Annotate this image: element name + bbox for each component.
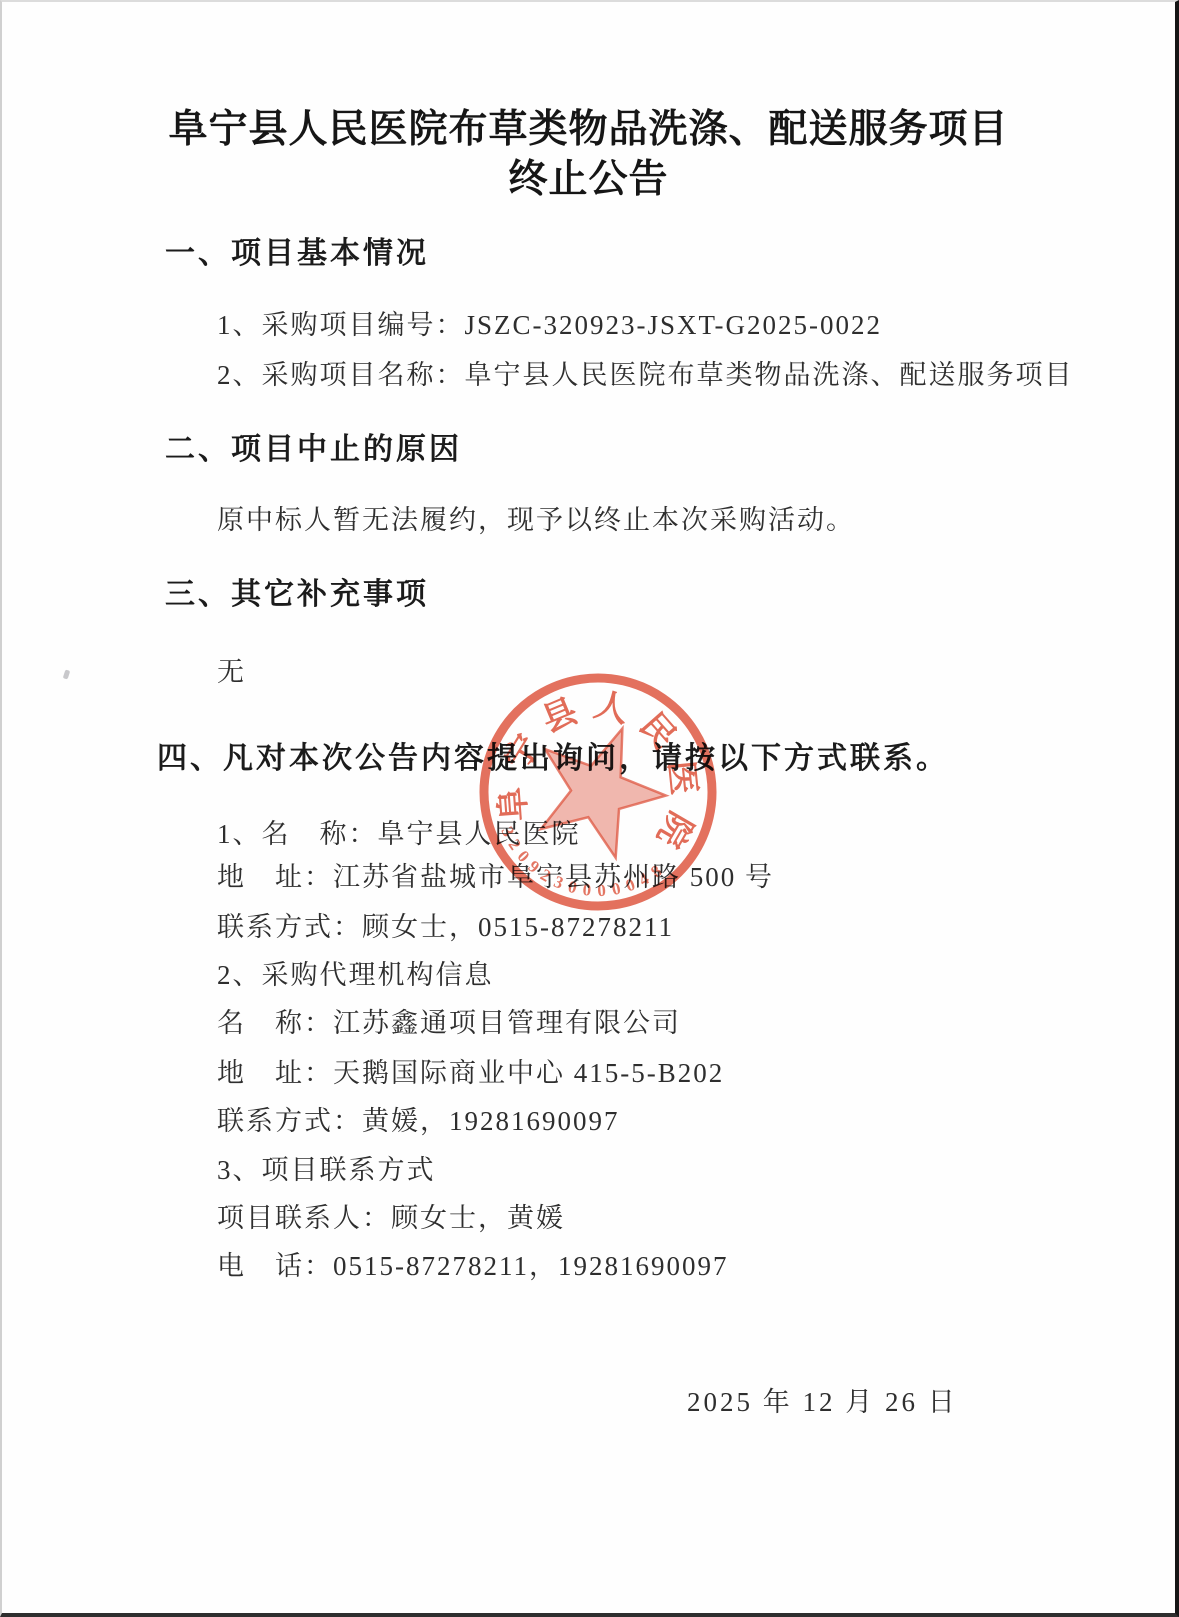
section1-heading: 一、项目基本情况 bbox=[165, 228, 429, 272]
section1-item-project-name: 2、采购项目名称：阜宁县人民医院布草类物品洗涤、配送服务项目 bbox=[217, 353, 1074, 392]
scanned-announcement-page: 阜宁县人民医院布草类物品洗涤、配送服务项目 终止公告 一、项目基本情况 1、采购… bbox=[0, 0, 1179, 1617]
document-date: 2025 年 12 月 26 日 bbox=[687, 1380, 958, 1419]
document-title: 阜宁县人民医院布草类物品洗涤、配送服务项目 终止公告 bbox=[2, 105, 1175, 205]
section3-body: 无 bbox=[217, 650, 246, 689]
section4-heading: 四、凡对本次公告内容提出询问，请按以下方式联系。 bbox=[157, 733, 949, 777]
document-title-line2: 终止公告 bbox=[2, 155, 1175, 205]
document-title-line1: 阜宁县人民医院布草类物品洗涤、配送服务项目 bbox=[2, 105, 1175, 155]
contact-project-header: 3、项目联系方式 bbox=[217, 1148, 436, 1187]
contact-agency-name: 名 称：江苏鑫通项目管理有限公司 bbox=[217, 1001, 681, 1040]
scan-artifact-mark bbox=[63, 669, 71, 679]
section3-heading: 三、其它补充事项 bbox=[165, 569, 429, 613]
section2-heading: 二、项目中止的原因 bbox=[165, 424, 462, 468]
contact-agency-header: 2、采购代理机构信息 bbox=[217, 953, 494, 992]
contact-project-persons: 项目联系人：顾女士，黄媛 bbox=[217, 1196, 565, 1235]
contact-agency-address: 地 址：天鹅国际商业中心 415-5-B202 bbox=[217, 1051, 724, 1090]
contact-agency-phone: 联系方式：黄媛，19281690097 bbox=[217, 1099, 620, 1138]
section1-item-project-number: 1、采购项目编号：JSZC-320923-JSXT-G2025-0022 bbox=[217, 303, 882, 342]
contact-project-phones: 电 话：0515-87278211，19281690097 bbox=[217, 1244, 729, 1283]
section2-body: 原中标人暂无法履约，现予以终止本次采购活动。 bbox=[217, 498, 855, 537]
contact-purchaser-address: 地 址：江苏省盐城市阜宁县苏州路 500 号 bbox=[217, 855, 774, 894]
contact-purchaser-phone: 联系方式：顾女士，0515-87278211 bbox=[217, 905, 674, 944]
contact-purchaser-name: 1、名 称：阜宁县人民医院 bbox=[217, 812, 581, 851]
